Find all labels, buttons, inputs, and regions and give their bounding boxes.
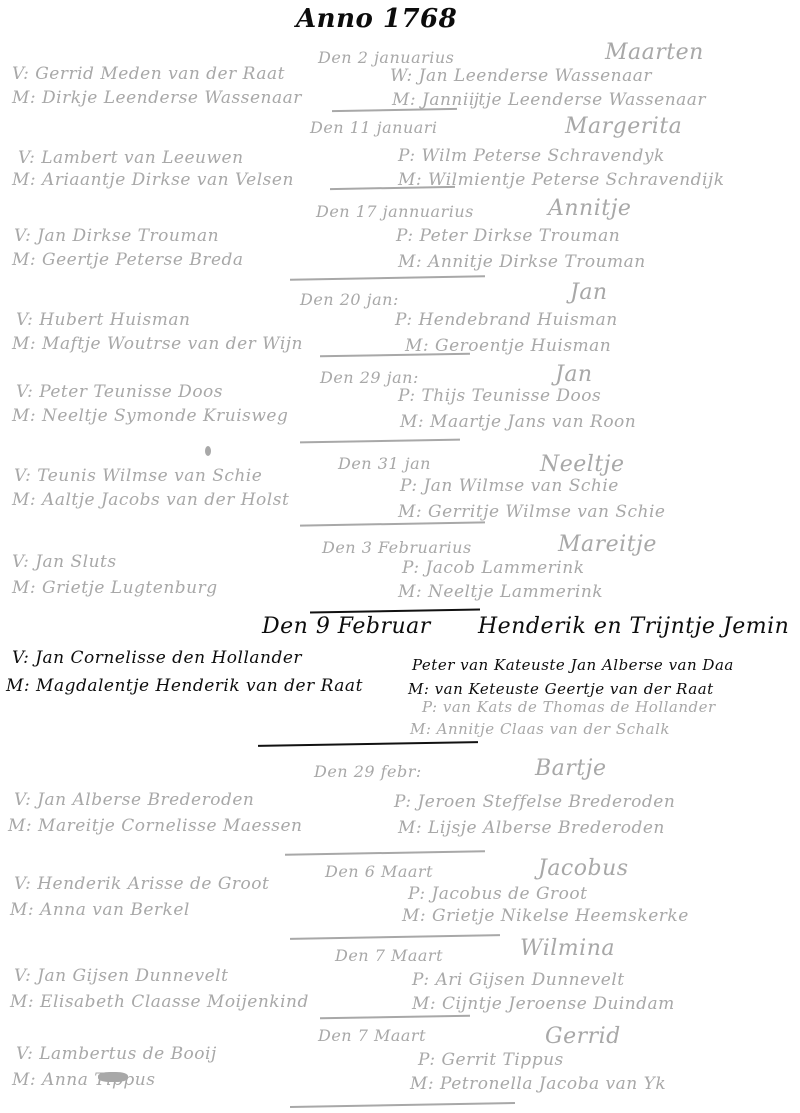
- entry-mother: M: Elisabeth Claasse Moijenkind: [10, 992, 309, 1012]
- entry-father: V: Lambert van Leeuwen: [18, 148, 244, 168]
- divider: [285, 850, 485, 855]
- divider: [320, 1015, 470, 1020]
- entry-child-name: Bartje: [535, 756, 606, 781]
- entry-father: V: Jan Cornelisse den Hollander: [12, 648, 302, 668]
- entry-witness: M: Annitje Claas van der Schalk: [410, 720, 670, 738]
- entry-mother: M: Magdalentje Henderik van der Raat: [6, 676, 363, 696]
- entry-witness: P: Jacobus de Groot: [408, 884, 587, 904]
- entry-mother: M: Grietje Lugtenburg: [12, 578, 218, 598]
- entry-mother: M: Anna van Berkel: [10, 900, 190, 920]
- entry-child-name: Jacobus: [538, 856, 629, 881]
- entry-witness: M: Gerritje Wilmse van Schie: [398, 502, 666, 522]
- entry-date: Den 6 Maart: [325, 862, 433, 881]
- entry-mother: M: Mareitje Cornelisse Maessen: [8, 816, 303, 836]
- entry-witness: Peter van Kateuste Jan Alberse van Daa: [412, 656, 734, 674]
- entry-child-name: Mareitje: [558, 532, 657, 557]
- entry-date: Den 20 jan:: [300, 290, 399, 309]
- entry-witness: P: Jacob Lammerink: [402, 558, 585, 578]
- register-page: Anno 1768 Den 2 januarius Maarten V: Ger…: [0, 0, 800, 1113]
- divider: [290, 934, 500, 940]
- entry-witness: P: Peter Dirkse Trouman: [396, 226, 620, 246]
- ink-blot: [205, 446, 211, 456]
- entry-date: Den 29 febr:: [314, 762, 422, 781]
- entry-child-name: Annitje: [548, 196, 631, 221]
- entry-witness: M: Grietje Nikelse Heemskerke: [402, 906, 689, 926]
- entry-mother: M: Neeltje Symonde Kruisweg: [12, 406, 288, 426]
- entry-father: V: Jan Sluts: [12, 552, 117, 572]
- entry-witness: P: Jeroen Steffelse Brederoden: [394, 792, 675, 812]
- entry-father: V: Jan Gijsen Dunnevelt: [14, 966, 228, 986]
- entry-date: Den 17 jannuarius: [316, 202, 474, 221]
- page-title: Anno 1768: [296, 4, 457, 34]
- entry-child-name: Gerrid: [545, 1024, 621, 1049]
- entry-witness: M: Lijsje Alberse Brederoden: [398, 818, 665, 838]
- entry-witness: M: Annitje Dirkse Trouman: [398, 252, 646, 272]
- entry-mother: M: Aaltje Jacobs van der Holst: [12, 490, 289, 510]
- divider: [300, 521, 485, 526]
- entry-witness: W: Jan Leenderse Wassenaar: [390, 66, 652, 86]
- entry-mother: M: Maftje Woutrse van der Wijn: [12, 334, 303, 354]
- entry-child-name: Wilmina: [520, 936, 615, 961]
- divider: [258, 741, 478, 747]
- entry-witness: P: Gerrit Tippus: [418, 1050, 564, 1070]
- entry-date: Den 3 Februarius: [322, 538, 472, 557]
- ink-blot: [98, 1072, 128, 1082]
- entry-date: Den 31 jan: [338, 454, 431, 473]
- entry-father: V: Jan Dirkse Trouman: [14, 226, 219, 246]
- entry-witness: M: Maartje Jans van Roon: [400, 412, 636, 432]
- entry-date: Den 29 jan:: [320, 368, 419, 387]
- divider: [290, 275, 485, 280]
- entry-father: V: Hubert Huisman: [16, 310, 190, 330]
- divider: [332, 108, 457, 112]
- entry-father: V: Peter Teunisse Doos: [16, 382, 223, 402]
- entry-witness: P: van Kats de Thomas de Hollander: [422, 698, 716, 716]
- entry-child-name: Neeltje: [540, 452, 625, 477]
- entry-date: Den 2 januarius: [318, 48, 454, 67]
- entry-mother: M: Dirkje Leenderse Wassenaar: [12, 88, 302, 108]
- entry-father: V: Teunis Wilmse van Schie: [14, 466, 262, 486]
- entry-child-name: Jan: [570, 280, 608, 305]
- entry-mother: M: Ariaantje Dirkse van Velsen: [12, 170, 294, 190]
- divider: [310, 609, 480, 614]
- entry-witness: M: Petronella Jacoba van Yk: [410, 1074, 666, 1094]
- entry-witness: M: Neeltje Lammerink: [398, 582, 603, 602]
- entry-witness: P: Ari Gijsen Dunnevelt: [412, 970, 625, 990]
- entry-mother: M: Anna Tippus: [12, 1070, 155, 1090]
- entry-date: Den 7 Maart: [318, 1026, 426, 1045]
- entry-witness: M: van Keteuste Geertje van der Raat: [408, 680, 714, 698]
- entry-child-name: Margerita: [565, 114, 682, 139]
- entry-father: V: Gerrid Meden van der Raat: [12, 64, 285, 84]
- entry-witness: P: Thijs Teunisse Doos: [398, 386, 601, 406]
- divider: [300, 439, 460, 444]
- entry-witness: P: Hendebrand Huisman: [395, 310, 618, 330]
- entry-father: V: Henderik Arisse de Groot: [14, 874, 269, 894]
- divider: [290, 1102, 515, 1108]
- entry-child-name: Henderik en Trijntje Jemin: [478, 614, 789, 639]
- entry-mother: M: Geertje Peterse Breda: [12, 250, 244, 270]
- entry-witness: M: Cijntje Jeroense Duindam: [412, 994, 675, 1014]
- entry-child-name: Maarten: [605, 40, 704, 65]
- entry-date: Den 7 Maart: [335, 946, 443, 965]
- entry-witness: P: Wilm Peterse Schravendyk: [398, 146, 665, 166]
- entry-witness: P: Jan Wilmse van Schie: [400, 476, 619, 496]
- entry-witness: M: Janniĳtje Leenderse Wassenaar: [392, 90, 706, 110]
- divider: [320, 353, 470, 358]
- entry-father: V: Lambertus de Booij: [16, 1044, 217, 1064]
- entry-child-name: Jan: [555, 362, 593, 387]
- entry-father: V: Jan Alberse Brederoden: [14, 790, 254, 810]
- entry-date: Den 11 januari: [310, 118, 438, 137]
- entry-date: Den 9 Februar: [262, 614, 431, 639]
